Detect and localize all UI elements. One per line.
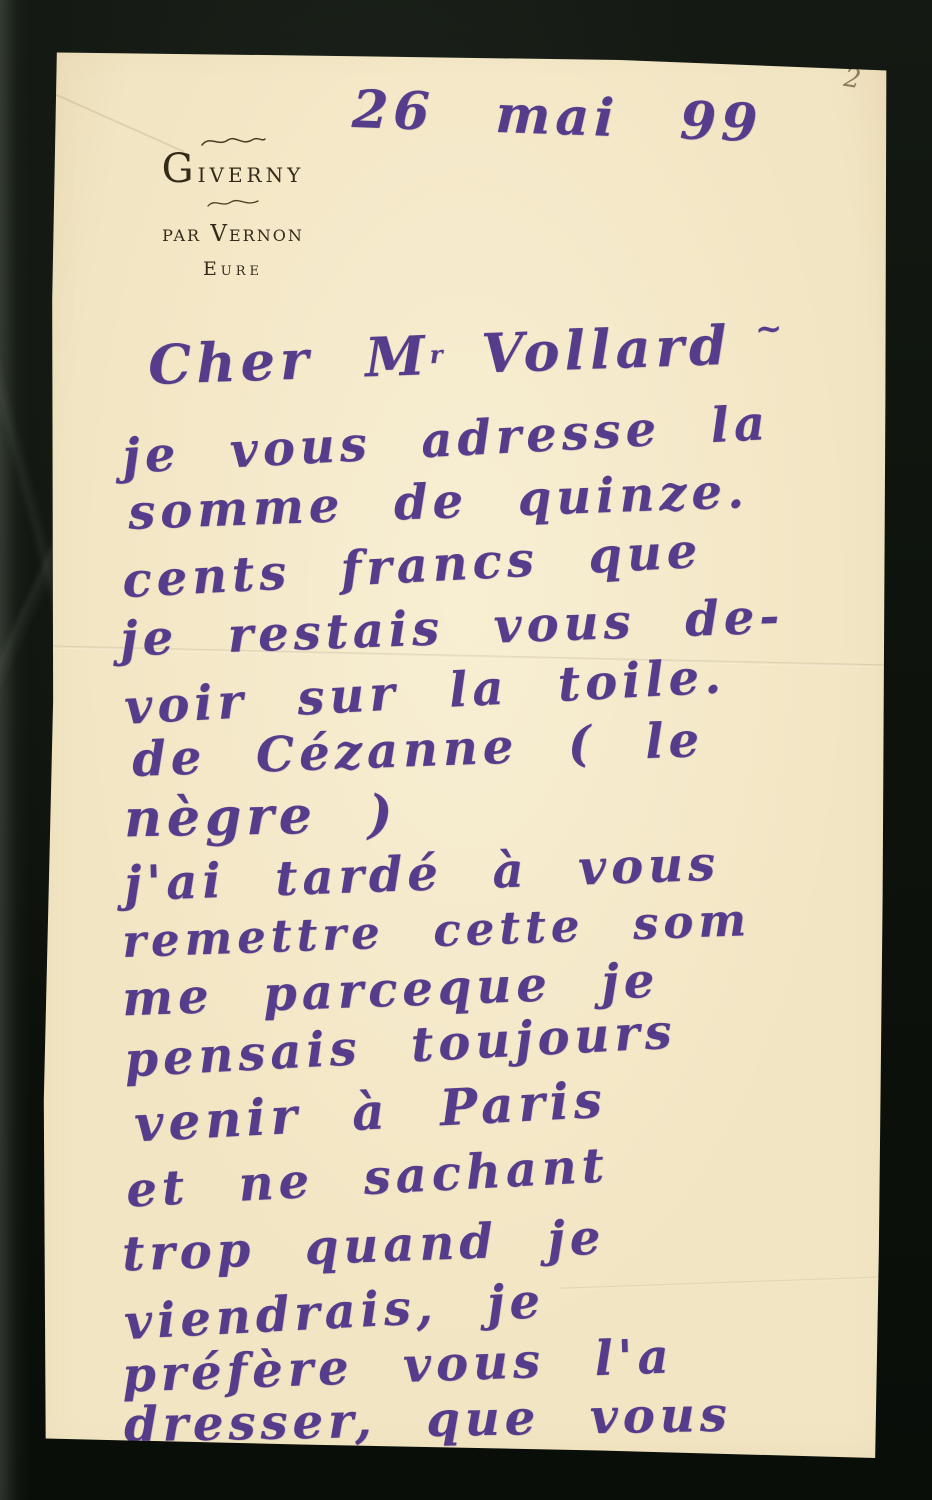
paper-fold-line bbox=[50, 645, 890, 667]
flourish-icon bbox=[198, 134, 268, 148]
handwritten-line: je vous adresse la bbox=[121, 395, 771, 485]
salutation-text: Cher M bbox=[147, 323, 431, 397]
handwritten-line: pensais toujours bbox=[123, 1004, 678, 1089]
handwritten-line: j'ai tardé à vous bbox=[123, 836, 721, 913]
handwritten-line: et ne sachant bbox=[125, 1137, 610, 1218]
letterhead-giverny: Giverny bbox=[116, 149, 350, 189]
handwritten-line: me parceque je bbox=[121, 953, 660, 1028]
handwritten-line: cents francs que bbox=[121, 523, 704, 609]
handwritten-line: trop quand je bbox=[121, 1210, 606, 1283]
letter-date: 26 mai 99 bbox=[351, 79, 763, 154]
page-number-pencil: 2 bbox=[842, 63, 863, 95]
recipient-name: Vollard bbox=[480, 313, 732, 386]
paper-crease bbox=[46, 90, 184, 153]
letter-paper: 2 26 mai 99 Giverny par Vernon Eure Cher… bbox=[0, 0, 932, 1500]
salutation-flourish: ~ bbox=[754, 309, 787, 348]
handwritten-line: venir à Paris bbox=[133, 1070, 608, 1154]
handwritten-line: nègre ) bbox=[123, 784, 397, 850]
paper-crease bbox=[560, 1276, 890, 1290]
handwritten-line: voir sur la toile. bbox=[123, 648, 727, 735]
letterhead-par-vernon: par Vernon bbox=[116, 223, 350, 246]
handwritten-line: préfère vous l'a bbox=[121, 1328, 674, 1403]
letterhead: Giverny par Vernon Eure bbox=[116, 134, 350, 279]
handwritten-line: dresser, que vous bbox=[124, 1387, 733, 1454]
mount-left-edge bbox=[0, 0, 30, 1500]
handwritten-line: de Cézanne ( le bbox=[131, 712, 705, 788]
handwritten-line: remettre cette som bbox=[121, 893, 751, 968]
handwritten-line: je restais vous de- bbox=[119, 588, 785, 667]
letterhead-eure: Eure bbox=[116, 260, 350, 279]
photo-background: 2 26 mai 99 Giverny par Vernon Eure Cher… bbox=[0, 0, 932, 1500]
flourish-icon bbox=[205, 197, 261, 209]
handwritten-line: somme de quinze. bbox=[127, 463, 749, 541]
salutation-line: Cher MrVollard~ bbox=[147, 309, 789, 397]
salutation-superscript: r bbox=[429, 340, 444, 369]
handwritten-line: viendrais, je bbox=[123, 1273, 546, 1351]
